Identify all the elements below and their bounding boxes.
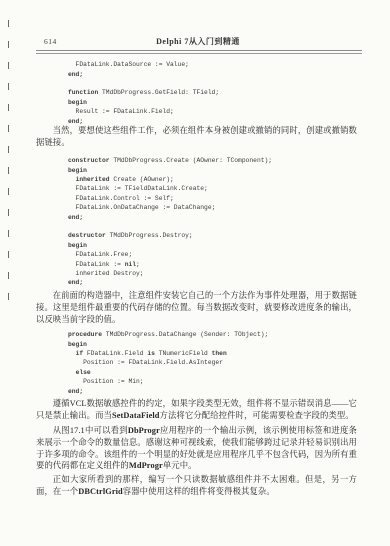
book-page: 614 Delphi 7从入门到精通 FDataLink.DataSource … [0, 0, 390, 546]
book-title: Delphi 7从入门到精通 [36, 36, 360, 47]
code-block-getfield: FDataLink.DataSource := Value;end; funct… [68, 60, 380, 126]
paragraph-vcl-convention: 遵循VCL数据敏感控件的约定，如果字段类型无效，组件将不显示错误消息——它只是禁… [36, 398, 357, 421]
code-block-constructor-destructor: constructor TMdDbProgress.Create (AOwner… [68, 156, 380, 287]
page-header: 614 Delphi 7从入门到精通 [36, 36, 360, 48]
header-rule [36, 50, 362, 54]
paragraph-create-destroy-note: 当然，要想使这些组件工作，必须在组件本身被创建或撤销的同时，创建或撤销数据链接。 [36, 125, 357, 148]
binding-marks [8, 20, 9, 304]
paragraph-conclusion: 正如大家所看到的那样，编写一个只读数据敏感组件并不太困难。但是，另一方面，在一个… [36, 474, 357, 497]
code-block-datachange: procedure TMdDbProgress.DataChange (Send… [68, 330, 380, 396]
paragraph-datachange-note: 在前面的构造器中，注意组件安装它自己的一个方法作为事件处理器，用于数据链接。这里… [36, 290, 357, 325]
paragraph-dbprogr-example: 从图17.1中可以看到DbProgr应用程序的一个输出示例，该示例使用标签和进度… [36, 425, 357, 471]
